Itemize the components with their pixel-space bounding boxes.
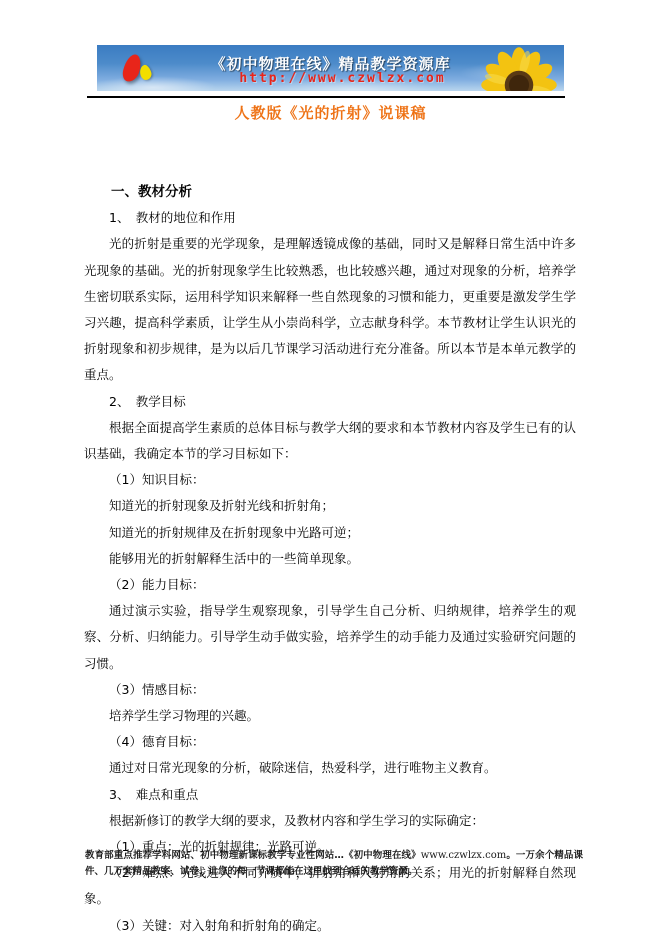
paragraph: （4）德育目标： <box>84 729 576 755</box>
paragraph: （3）情感目标： <box>84 677 576 703</box>
document-page: 《初中物理在线》精品教学资源库 http://www.czwlzx.com <box>0 0 661 935</box>
paragraph: 培养学生学习物理的兴趣。 <box>84 703 576 729</box>
paragraph: （1）知识目标： <box>84 467 576 493</box>
footer-text: 教育部重点推荐学科网站、初中物理新课标教学专业性网站…《初中物理在线》 <box>85 850 421 861</box>
section-heading: 一、教材分析 <box>84 179 576 205</box>
paragraph: 3、 难点和重点 <box>84 782 576 808</box>
paragraph: 通过演示实验，指导学生观察现象，引导学生自己分析、归纳规律，培养学生的观察、分析… <box>84 598 576 677</box>
paragraph: 2、 教学目标 <box>84 389 576 415</box>
paragraph: （2）能力目标： <box>84 572 576 598</box>
page-footer: 教育部重点推荐学科网站、初中物理新课标教学专业性网站…《初中物理在线》www.c… <box>85 848 583 880</box>
sunflower-icon <box>477 45 561 91</box>
paragraph: 能够用光的折射解释生活中的一些简单现象。 <box>84 546 576 572</box>
document-body: 一、教材分析 1、 教材的地位和作用 光的折射是重要的光学现象，是理解透镜成像的… <box>84 179 576 935</box>
header-divider <box>87 96 565 98</box>
document-title: 人教版《光的折射》说课稿 <box>0 102 661 123</box>
paragraph: 知道光的折射规律及在折射现象中光路可逆； <box>84 520 576 546</box>
paragraph: 根据全面提高学生素质的总体目标与教学大纲的要求和本节教材内容及学生已有的认识基础… <box>84 415 576 467</box>
paragraph: 根据新修订的教学大纲的要求，及教材内容和学生学习的实际确定： <box>84 808 576 834</box>
paragraph: 光的折射是重要的光学现象，是理解透镜成像的基础，同时又是解释日常生活中许多光现象… <box>84 231 576 388</box>
paragraph: 1、 教材的地位和作用 <box>84 205 576 231</box>
paragraph: 知道光的折射现象及折射光线和折射角； <box>84 493 576 519</box>
footer-url-link[interactable]: www.czwlzx.com <box>421 850 507 861</box>
site-banner[interactable]: 《初中物理在线》精品教学资源库 http://www.czwlzx.com <box>97 45 564 91</box>
paragraph: （3）关键：对入射角和折射角的确定。 <box>84 913 576 935</box>
paragraph: 通过对日常光现象的分析，破除迷信，热爱科学，进行唯物主义教育。 <box>84 755 576 781</box>
